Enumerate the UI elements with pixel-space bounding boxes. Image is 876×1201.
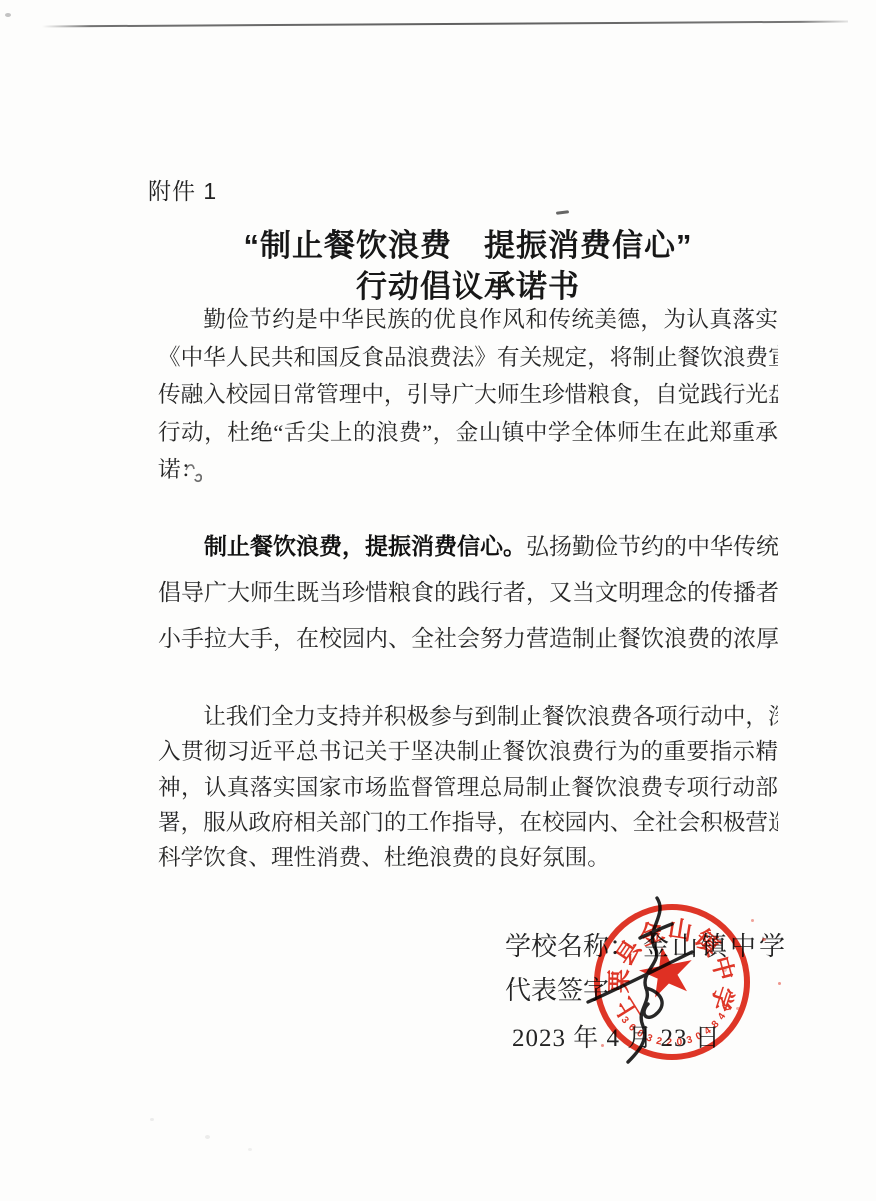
text-line: 入贯彻习近平总书记关于坚决制止餐饮浪费行为的重要指示精 — [158, 734, 778, 769]
text-line: 科学饮食、理性消费、杜绝浪费的良好氛围。 — [158, 840, 778, 875]
text-line: 《中华人民共和国反食品浪费法》有关规定，将制止餐饮浪费宣 — [158, 339, 778, 377]
text-line: 制止餐饮浪费，提振消费信心。弘扬勤俭节约的中华传统文化， — [158, 524, 778, 570]
signature-scribble — [560, 880, 760, 1080]
pledge-lead-rest: 弘扬勤俭节约的中华传统文化， — [526, 534, 778, 559]
paragraph-pledge: 制止餐饮浪费，提振消费信心。弘扬勤俭节约的中华传统文化， 倡导广大师生既当珍惜粮… — [158, 524, 778, 662]
scan-speck — [205, 1135, 210, 1139]
text-line: 传融入校园日常管理中，引导广大师生珍惜粮食，自觉践行光盘 — [158, 376, 778, 414]
paragraph-intro: 勤俭节约是中华民族的优良作风和传统美德，为认真落实 《中华人民共和国反食品浪费法… — [158, 301, 778, 489]
document-title-line1: “制止餐饮浪费 提振消费信心” — [158, 220, 778, 265]
document-title-line2: 行动倡议承诺书 — [158, 261, 778, 306]
attachment-label: 附件 1 — [148, 173, 217, 206]
scan-speck — [556, 210, 569, 215]
seal-smudge — [762, 938, 766, 941]
scanned-document-page: 附件 1 “制止餐饮浪费 提振消费信心” 行动倡议承诺书 勤俭节约是中华民族的优… — [0, 0, 876, 1201]
text-line: 倡导广大师生既当珍惜粮食的践行者，又当文明理念的传播者，以 — [158, 570, 778, 616]
text-line: 神，认真落实国家市场监督管理总局制止餐饮浪费专项行动部 — [158, 770, 778, 805]
pledge-bold-lead: 制止餐饮浪费，提振消费信心。 — [204, 534, 526, 559]
seal-smudge — [778, 982, 781, 985]
text-line: 小手拉大手，在校园内、全社会努力营造制止餐饮浪费的浓厚氛围。 — [158, 616, 778, 662]
text-line: 诺： — [158, 451, 778, 489]
text-line: 让我们全力支持并积极参与到制止餐饮浪费各项行动中，深 — [158, 699, 778, 734]
scan-artifact-line — [42, 21, 848, 28]
scan-speck — [5, 13, 11, 17]
scan-speck — [248, 1148, 252, 1151]
text-line: 行动，杜绝“舌尖上的浪费”，金山镇中学全体师生在此郑重承 — [158, 414, 778, 452]
text-line: 勤俭节约是中华民族的优良作风和传统美德，为认真落实 — [158, 301, 778, 339]
scan-speck — [150, 1118, 154, 1121]
paragraph-action: 让我们全力支持并积极参与到制止餐饮浪费各项行动中，深 入贯彻习近平总书记关于坚决… — [158, 699, 778, 875]
text-line: 署，服从政府相关部门的工作指导，在校园内、全社会积极营造 — [158, 805, 778, 840]
